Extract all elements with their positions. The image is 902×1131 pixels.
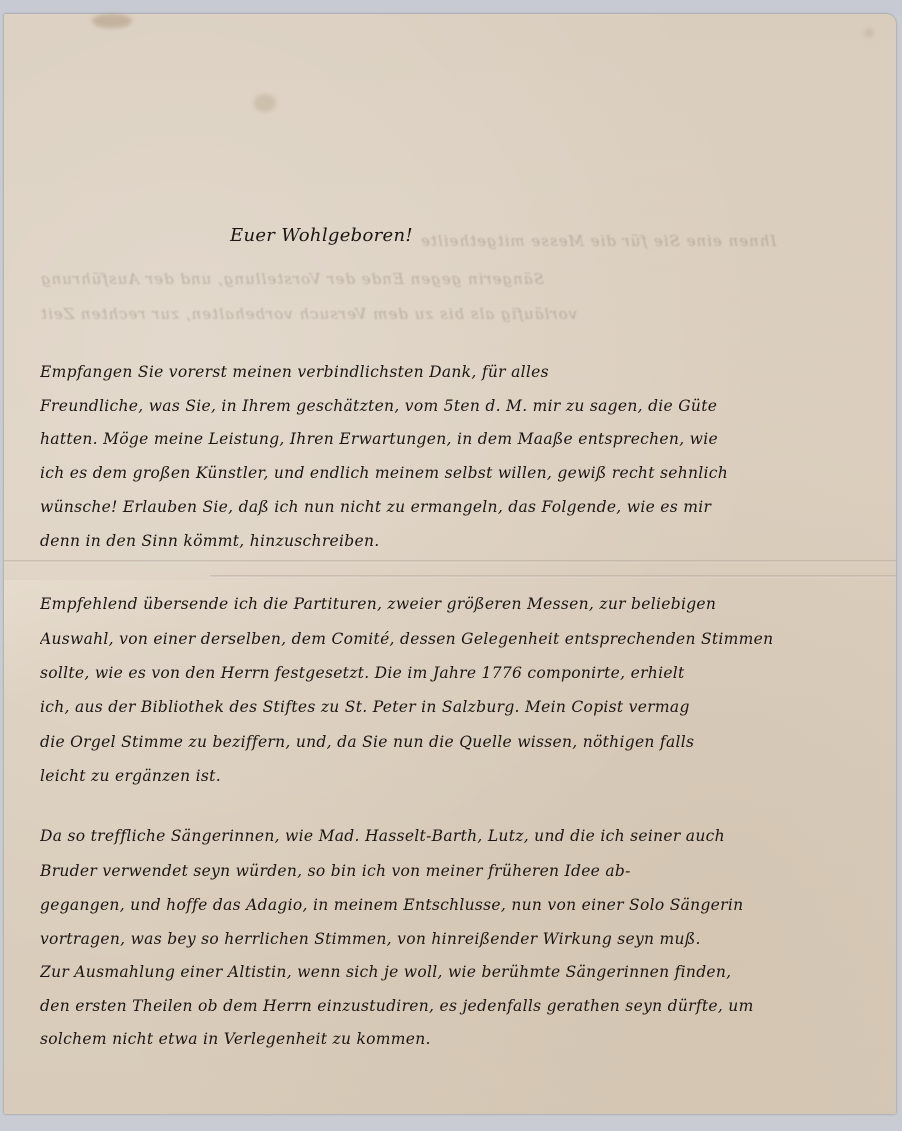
paper-stain <box>864 28 874 38</box>
text-line: vortragen, was bey so herrlichen Stimmen… <box>40 930 880 948</box>
text-line: leicht zu ergänzen ist. <box>40 767 880 785</box>
bleed-through-line: vorläufig als bis zu dem Versuch vorbeha… <box>40 305 577 323</box>
bleed-through-line: Sängerin gegen Ende der Vorstellung, und… <box>40 270 544 288</box>
text-line: den ersten Theilen ob dem Herrn einzustu… <box>40 997 880 1015</box>
text-line: ich, aus der Bibliothek des Stiftes zu S… <box>40 698 880 716</box>
paper-fold-line <box>4 560 896 563</box>
text-line: gegangen, und hoffe das Adagio, in meine… <box>40 896 880 914</box>
text-line: Zur Ausmahlung einer Altistin, wenn sich… <box>40 963 880 981</box>
text-line: Bruder verwendet seyn würden, so bin ich… <box>40 862 880 880</box>
text-line: Da so treffliche Sängerinnen, wie Mad. H… <box>40 827 880 845</box>
text-line: Freundliche, was Sie, in Ihrem geschätzt… <box>40 397 880 415</box>
bleed-through-line: Ihnen eine Sie für die Messe mitgetheilt… <box>420 232 776 250</box>
salutation: Euer Wohlgeboren! <box>230 225 413 246</box>
text-line: Empfangen Sie vorerst meinen verbindlich… <box>40 363 880 381</box>
text-line: denn in den Sinn kömmt, hinzuschreiben. <box>40 532 880 550</box>
paper-stain <box>254 94 276 112</box>
text-line: ich es dem großen Künstler, und endlich … <box>40 464 880 482</box>
paper-fold-line <box>210 575 896 578</box>
text-line: Auswahl, von einer derselben, dem Comité… <box>40 630 880 648</box>
text-line: wünsche! Erlauben Sie, daß ich nun nicht… <box>40 498 880 516</box>
text-line: die Orgel Stimme zu beziffern, und, da S… <box>40 733 880 751</box>
text-line: sollte, wie es von den Herrn festgesetzt… <box>40 664 880 682</box>
text-line: hatten. Möge meine Leistung, Ihren Erwar… <box>40 430 880 448</box>
paper-stain <box>92 14 132 28</box>
text-line: Empfehlend übersende ich die Partituren,… <box>40 595 880 613</box>
text-line: solchem nicht etwa in Verlegenheit zu ko… <box>40 1030 880 1048</box>
letter-page <box>4 14 896 1114</box>
